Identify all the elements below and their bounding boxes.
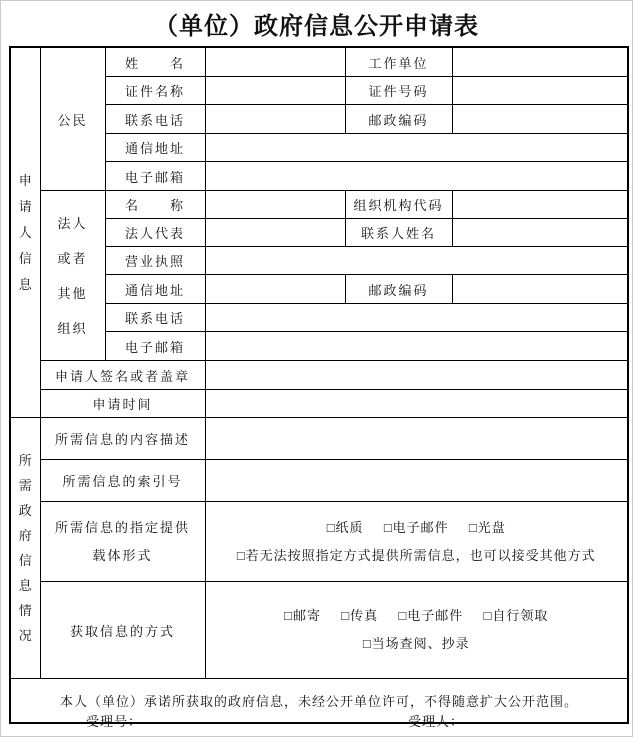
- table-row: 法人或者其他组织 名 称 组织机构代码: [10, 191, 628, 219]
- checkbox-carrier-email[interactable]: □电子邮件: [384, 514, 449, 542]
- citizen-address-input-cell[interactable]: [205, 134, 628, 162]
- checkbox-self-pickup[interactable]: □自行领取: [483, 602, 548, 630]
- content-desc-input-cell[interactable]: [205, 418, 628, 460]
- signature-input-cell[interactable]: [205, 361, 628, 390]
- obtain-options-cell: □邮寄 □传真 □电子邮件 □自行领取 □当场查阅、抄录: [205, 582, 628, 679]
- checkbox-mail[interactable]: □邮寄: [284, 602, 321, 630]
- table-row: 申请人签名或者盖章: [10, 361, 628, 390]
- carrier-form-label-line1: 所需信息的指定提供: [41, 514, 205, 542]
- org-name-input-cell[interactable]: [205, 191, 345, 219]
- org-legalrep-label: 法人代表: [105, 219, 205, 247]
- citizen-workunit-label: 工作单位: [345, 47, 452, 77]
- org-legalrep-input-cell[interactable]: [205, 219, 345, 247]
- citizen-email-input-cell[interactable]: [205, 162, 628, 191]
- request-section-label: 所需政府信息情况: [18, 448, 33, 648]
- citizen-group-label: 公民: [40, 47, 105, 191]
- org-contact-label: 联系人姓名: [345, 219, 452, 247]
- org-code-label: 组织机构代码: [345, 191, 452, 219]
- org-group-label: 法人或者其他组织: [58, 206, 88, 346]
- org-code-input-cell[interactable]: [452, 191, 628, 219]
- org-address-input-cell[interactable]: [205, 275, 345, 304]
- citizen-workunit-input-cell[interactable]: [452, 47, 628, 77]
- org-license-input-cell[interactable]: [205, 247, 628, 275]
- table-row: 所需信息的指定提供 载体形式 □纸质 □电子邮件 □光盘 □若无法按照指定方式提…: [10, 502, 628, 582]
- org-email-input-cell[interactable]: [205, 332, 628, 361]
- citizen-address-label: 通信地址: [105, 134, 205, 162]
- carrier-options-cell: □纸质 □电子邮件 □光盘 □若无法按照指定方式提供所需信息，也可以接受其他方式: [205, 502, 628, 582]
- table-row: 申请时间: [10, 390, 628, 418]
- citizen-postcode-label: 邮政编码: [345, 105, 452, 134]
- org-postcode-label: 邮政编码: [345, 275, 452, 304]
- applicant-section-cell: 申请人信息: [10, 47, 40, 418]
- table-row: 申请人信息 公民 姓 名 工作单位: [10, 47, 628, 77]
- citizen-certno-input-cell[interactable]: [452, 77, 628, 105]
- checkbox-fax[interactable]: □传真: [341, 602, 378, 630]
- application-form-table: 申请人信息 公民 姓 名 工作单位 证件名称 证件号码 联系电话 邮政编码 通信…: [9, 46, 629, 724]
- apply-time-input-cell[interactable]: [205, 390, 628, 418]
- index-no-input-cell[interactable]: [205, 460, 628, 502]
- table-row: 所需政府信息情况 所需信息的内容描述: [10, 418, 628, 460]
- citizen-phone-label: 联系电话: [105, 105, 205, 134]
- checkbox-obtain-email[interactable]: □电子邮件: [398, 602, 463, 630]
- checkbox-onsite-read-copy[interactable]: □当场查阅、抄录: [363, 630, 470, 658]
- carrier-form-label: 所需信息的指定提供 载体形式: [40, 502, 205, 582]
- signature-label: 申请人签名或者盖章: [40, 361, 205, 390]
- checkbox-paper[interactable]: □纸质: [327, 514, 364, 542]
- request-section-cell: 所需政府信息情况: [10, 418, 40, 679]
- accept-number-label: 受理号：: [86, 711, 142, 730]
- citizen-email-label: 电子邮箱: [105, 162, 205, 191]
- checkbox-accept-other-form[interactable]: □若无法按照指定方式提供所需信息，也可以接受其他方式: [237, 542, 596, 570]
- citizen-postcode-input-cell[interactable]: [452, 105, 628, 134]
- org-address-label: 通信地址: [105, 275, 205, 304]
- apply-time-label: 申请时间: [40, 390, 205, 418]
- table-row: 所需信息的索引号: [10, 460, 628, 502]
- citizen-certname-input-cell[interactable]: [205, 77, 345, 105]
- obtain-method-label: 获取信息的方式: [40, 582, 205, 679]
- citizen-name-input-cell[interactable]: [205, 47, 345, 77]
- index-no-label: 所需信息的索引号: [40, 460, 205, 502]
- org-postcode-input-cell[interactable]: [452, 275, 628, 304]
- form-title: （单位）政府信息公开申请表: [1, 6, 632, 41]
- org-email-label: 电子邮箱: [105, 332, 205, 361]
- carrier-form-label-line2: 载体形式: [41, 542, 205, 570]
- org-contact-input-cell[interactable]: [452, 219, 628, 247]
- org-phone-input-cell[interactable]: [205, 304, 628, 332]
- table-row: 获取信息的方式 □邮寄 □传真 □电子邮件 □自行领取 □当场查阅、抄录: [10, 582, 628, 679]
- content-desc-label: 所需信息的内容描述: [40, 418, 205, 460]
- accept-person-label: 受理人：: [408, 711, 464, 730]
- checkbox-disc[interactable]: □光盘: [469, 514, 506, 542]
- citizen-name-label: 姓 名: [105, 47, 205, 77]
- applicant-section-label: 申请人信息: [18, 168, 33, 298]
- citizen-certno-label: 证件号码: [345, 77, 452, 105]
- org-group-cell: 法人或者其他组织: [40, 191, 105, 361]
- citizen-certname-label: 证件名称: [105, 77, 205, 105]
- org-license-label: 营业执照: [105, 247, 205, 275]
- form-page: （单位）政府信息公开申请表 申请人信息 公民 姓 名 工作单位 证件名称 证件号…: [0, 0, 633, 737]
- org-name-label: 名 称: [105, 191, 205, 219]
- citizen-phone-input-cell[interactable]: [205, 105, 345, 134]
- org-phone-label: 联系电话: [105, 304, 205, 332]
